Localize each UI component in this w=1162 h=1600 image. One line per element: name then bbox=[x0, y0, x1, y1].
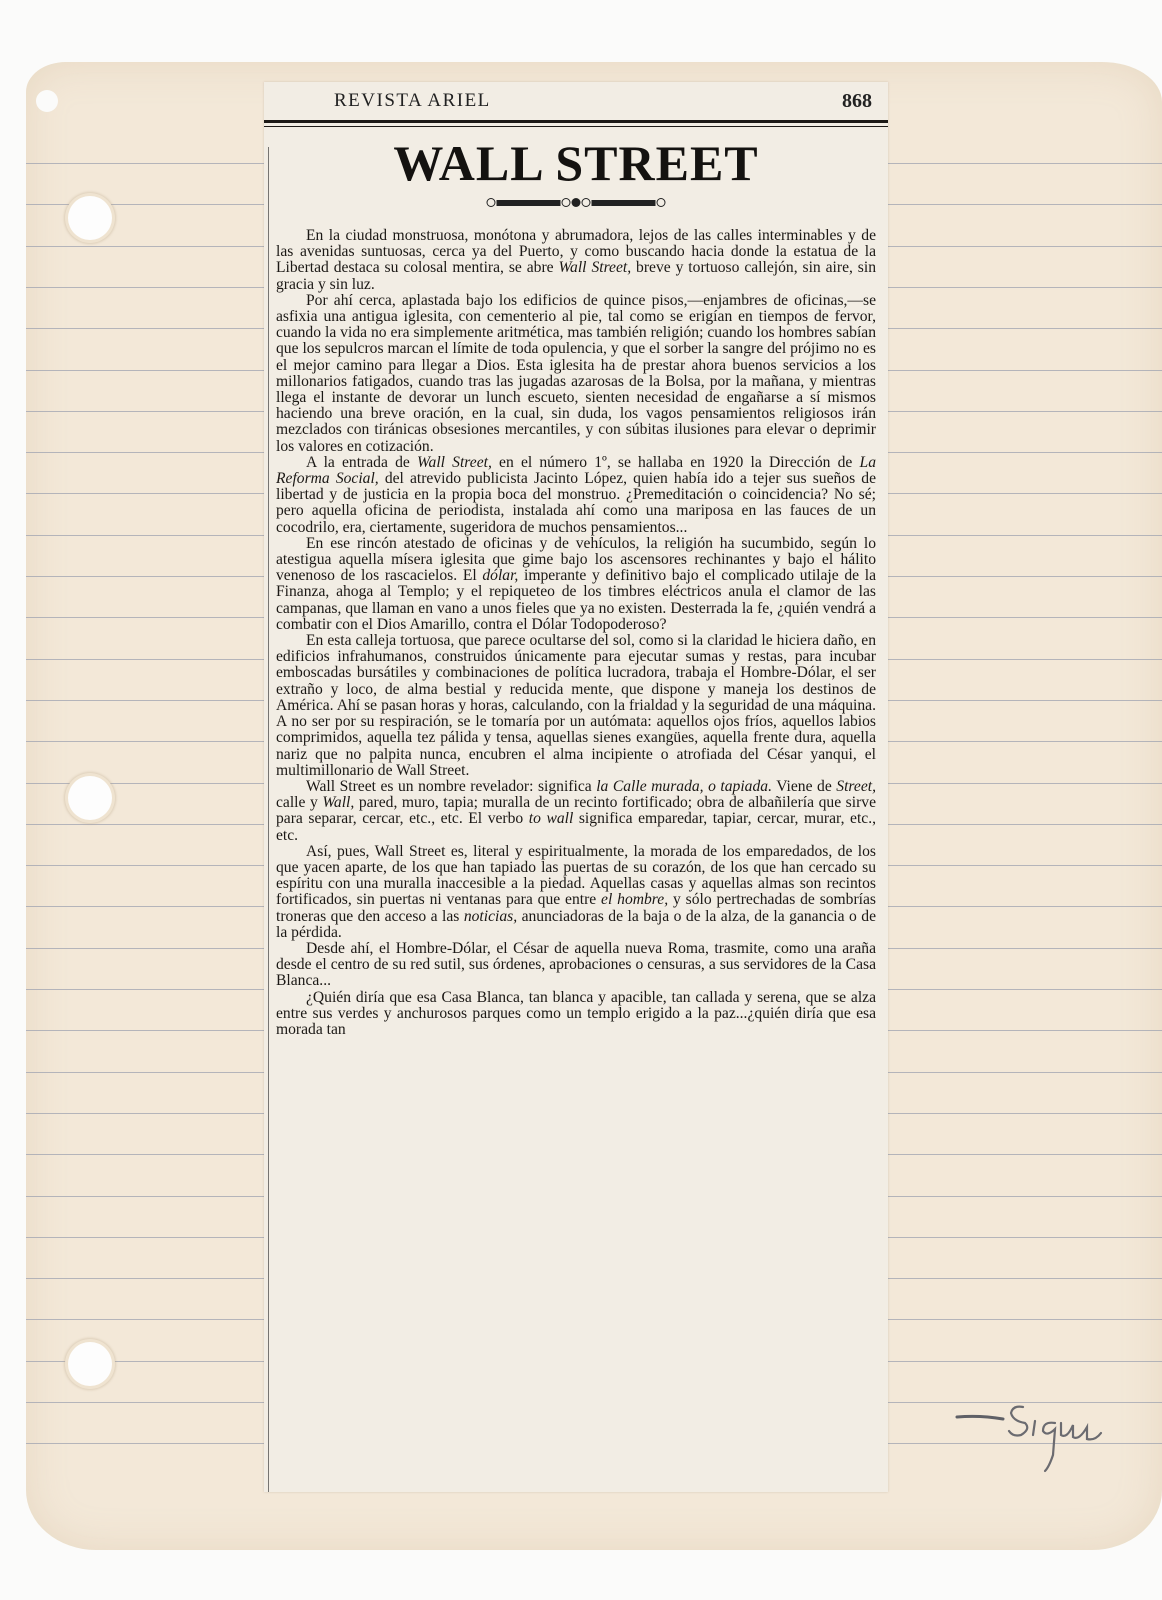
article-title: WALL STREET bbox=[264, 134, 888, 192]
title-ornament bbox=[487, 198, 666, 207]
article-body: En la ciudad monstruosa, monótona y abru… bbox=[276, 228, 876, 1038]
article-paragraph: Así, pues, Wall Street es, literal y esp… bbox=[276, 844, 876, 941]
magazine-name: REVISTA ARIEL bbox=[334, 90, 491, 112]
margin-line bbox=[268, 147, 269, 1492]
article-paragraph: Desde ahí, el Hombre-Dólar, el César de … bbox=[276, 941, 876, 990]
punch-hole-bottom bbox=[68, 1342, 112, 1386]
article-paragraph: En esta calleja tortuosa, que parece ocu… bbox=[276, 633, 876, 779]
article-paragraph: En la ciudad monstruosa, monótona y abru… bbox=[276, 228, 876, 293]
punch-hole-top bbox=[68, 196, 112, 240]
clipping-header: REVISTA ARIEL 868 bbox=[264, 82, 888, 123]
article-paragraph: En ese rincón atestado de oficinas y de … bbox=[276, 536, 876, 633]
page-number: 868 bbox=[842, 90, 872, 113]
article-paragraph: Wall Street es un nombre revelador: sign… bbox=[276, 779, 876, 844]
article-paragraph: Por ahí cerca, aplastada bajo los edific… bbox=[276, 293, 876, 455]
handwritten-sigue-note bbox=[955, 1395, 1125, 1475]
newspaper-clipping: REVISTA ARIEL 868 WALL STREET En la ciud… bbox=[264, 82, 888, 1492]
punch-hole-middle bbox=[68, 776, 112, 820]
article-paragraph: A la entrada de Wall Street, en el númer… bbox=[276, 455, 876, 536]
article-paragraph: ¿Quién diría que esa Casa Blanca, tan bl… bbox=[276, 990, 876, 1039]
